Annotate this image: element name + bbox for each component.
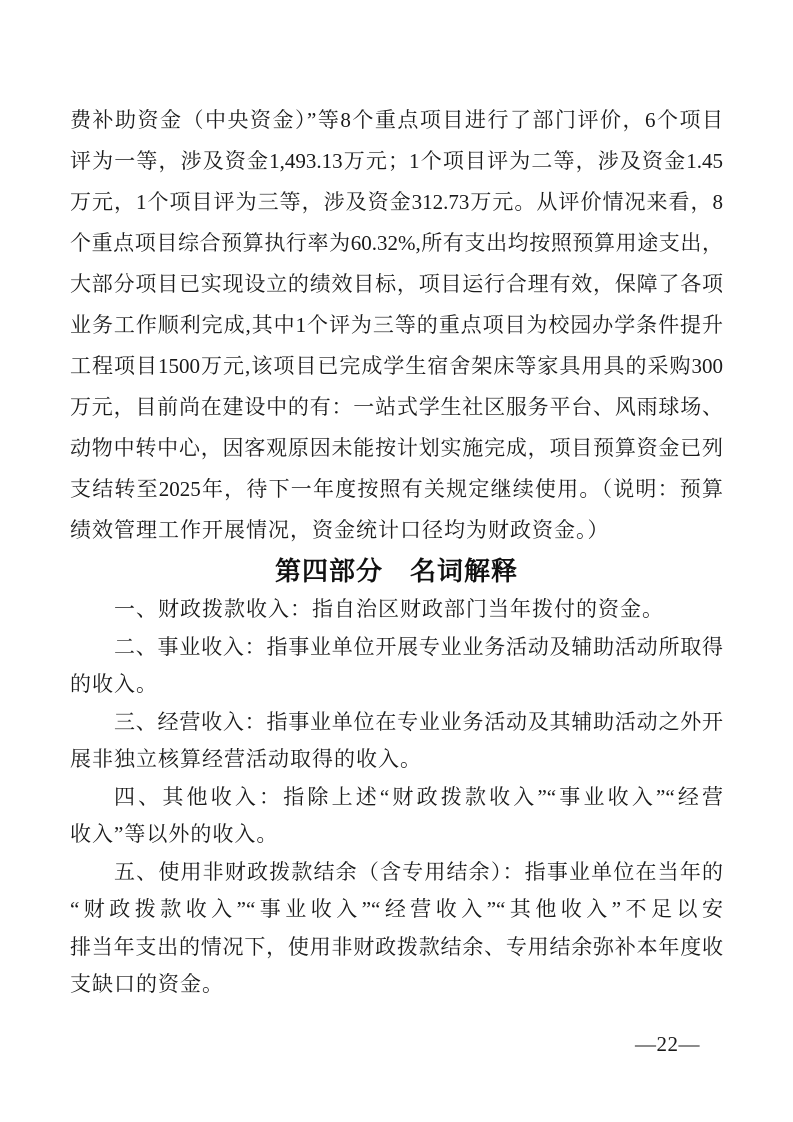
text-line: 三、经营收入：指事业单位在专业业务活动及其辅助活动之外开	[70, 704, 723, 742]
text-line: 支缺口的资金。	[70, 966, 723, 1004]
text-line: 大部分项目已实现设立的绩效目标，项目运行合理有效，保障了各项	[70, 264, 723, 305]
text-line: 收入”等以外的收入。	[70, 816, 723, 854]
text-line: 绩效管理工作开展情况，资金统计口径均为财政资金。）	[70, 510, 723, 551]
text-line: 业务工作顺利完成,其中1个评为三等的重点项目为校园办学条件提升	[70, 305, 723, 346]
document-page: 费补助资金（中央资金）”等8个重点项目进行了部门评价，6个项目 评为一等，涉及资…	[0, 0, 793, 1122]
text-line: 支结转至2025年，待下一年度按照有关规定继续使用。（说明：预算	[70, 469, 723, 510]
text-line: 的收入。	[70, 666, 723, 704]
glossary-definitions: 一、财政拨款收入：指自治区财政部门当年拨付的资金。 二、事业收入：指事业单位开展…	[70, 591, 723, 1004]
text-line: “财政拨款收入”“事业收入”“经营收入”“其他收入”不足以安	[70, 891, 723, 929]
text-line: 工程项目1500万元,该项目已完成学生宿舍架床等家具用具的采购300	[70, 346, 723, 387]
text-line: 万元，1个项目评为三等，涉及资金312.73万元。从评价情况来看，8	[70, 182, 723, 223]
text-line: 展非独立核算经营活动取得的收入。	[70, 741, 723, 779]
text-line: 二、事业收入：指事业单位开展专业业务活动及辅助活动所取得	[70, 629, 723, 667]
text-line: 动物中转中心，因客观原因未能按计划实施完成，项目预算资金已列	[70, 428, 723, 469]
page-number: —22—	[635, 1031, 700, 1057]
text-line: 费补助资金（中央资金）”等8个重点项目进行了部门评价，6个项目	[70, 100, 723, 141]
text-line: 个重点项目综合预算执行率为60.32%,所有支出均按照预算用途支出，	[70, 223, 723, 264]
text-line: 四、其他收入：指除上述“财政拨款收入”“事业收入”“经营	[70, 779, 723, 817]
text-line: 评为一等，涉及资金1,493.13万元；1个项目评为二等，涉及资金1.45	[70, 141, 723, 182]
text-line: 五、使用非财政拨款结余（含专用结余）：指事业单位在当年的	[70, 854, 723, 892]
paragraph-performance-evaluation: 费补助资金（中央资金）”等8个重点项目进行了部门评价，6个项目 评为一等，涉及资…	[70, 100, 723, 551]
text-line: 万元，目前尚在建设中的有：一站式学生社区服务平台、风雨球场、	[70, 387, 723, 428]
text-line: 一、财政拨款收入：指自治区财政部门当年拨付的资金。	[70, 591, 723, 629]
section-heading: 第四部分 名词解释	[70, 551, 723, 591]
text-line: 排当年支出的情况下，使用非财政拨款结余、专用结余弥补本年度收	[70, 929, 723, 967]
text-block: 费补助资金（中央资金）”等8个重点项目进行了部门评价，6个项目 评为一等，涉及资…	[70, 100, 723, 1004]
